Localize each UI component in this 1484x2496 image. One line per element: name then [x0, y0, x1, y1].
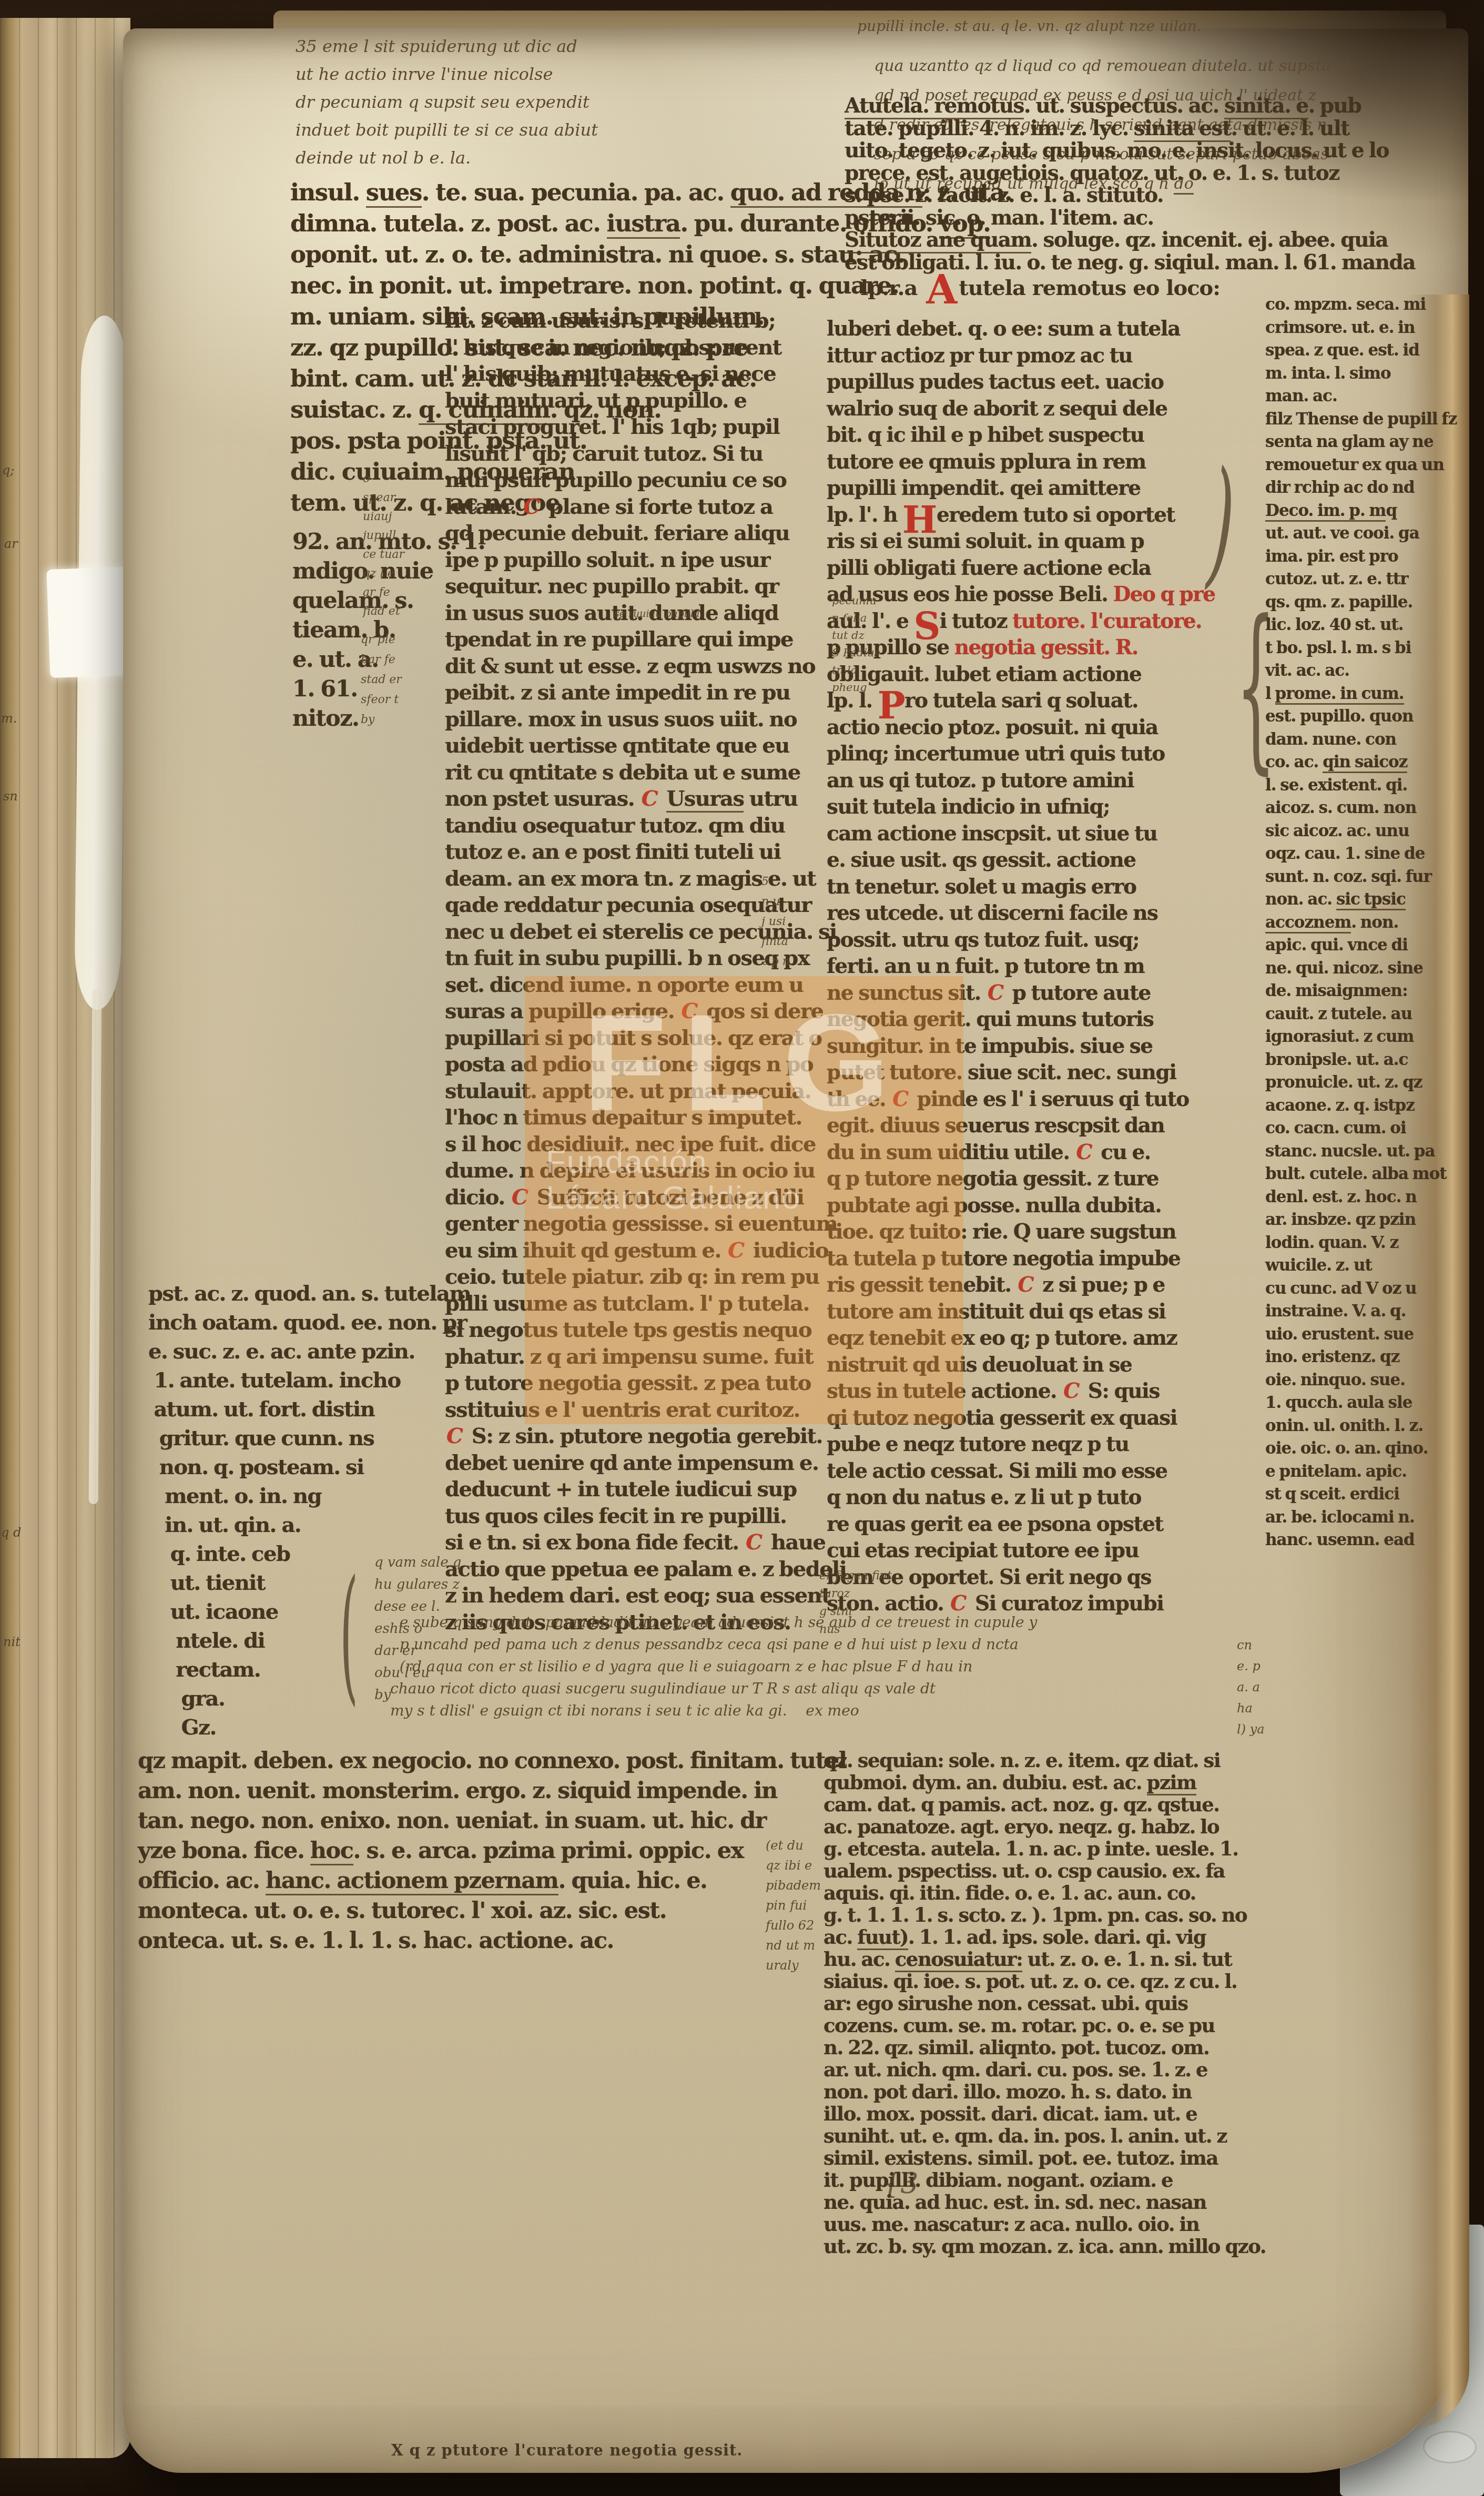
text-line: ne. qui. nicoz. sine [1265, 957, 1457, 980]
text-line: re quas gerit ea ee psona opstet [827, 1511, 1215, 1538]
text-line: n u [761, 892, 790, 912]
text-line: ut. aut. ve cooi. ga [1265, 522, 1457, 545]
text-line: tn tenetur. solet u magis erro [827, 874, 1215, 900]
text-line: cauit. z tutele. au [1265, 1003, 1457, 1026]
column-1-margin-note-b: qr plebar festad ersfeor tby [361, 630, 402, 730]
text-line: lp. l. Pro tutela sari q soluat. [827, 687, 1215, 714]
text-line: inch oatam. quod. ee. non. pr [148, 1308, 471, 1337]
text-line: staci proguret. l' his 1qb; pupil [445, 414, 847, 441]
text-line: spear [363, 489, 404, 508]
text-line: bar fe [361, 650, 402, 670]
text-line: lodin. quan. V. z [1265, 1232, 1457, 1255]
text-line: qua uzantto qz d liqud co qd remouean di… [874, 52, 1352, 81]
text-line: actio necio ptoz. posuit. ni quia [827, 714, 1215, 741]
text-line: l. se. existent. qi. [1265, 774, 1457, 797]
text-line: pronuicle. ut. z. qz [1265, 1071, 1457, 1094]
text-line: ignorasiut. z cum [1265, 1026, 1457, 1049]
text-line: st q sceit. erdici [1265, 1483, 1457, 1506]
text-line: hu. ac. cenosuiatur: ut. z. o. e. 1. n. … [824, 1948, 1266, 1970]
text-line: lp. l'. h Heredem tuto si oportet [827, 502, 1215, 529]
text-line: e. suc. z. e. ac. ante pzin. [148, 1337, 471, 1366]
text-line: j usi [761, 912, 790, 932]
text-line: (et du [766, 1835, 821, 1855]
text-line: 1. ante. tutelam. incho [148, 1366, 471, 1395]
text-line: simil. existens. simil. pot. ee. tutoz. … [824, 2147, 1266, 2169]
text-line: ittur actioz pr tur pmoz ac tu [827, 342, 1215, 369]
right-margin-gloss: co. mpzm. seca. micrimsore. ut. e. inspe… [1265, 293, 1457, 1552]
text-line: e. p [1237, 1656, 1265, 1677]
text-line: suniht. ut. e. qm. da. in. pos. l. anin.… [824, 2125, 1266, 2147]
watermark-line-1: Fundación [546, 1143, 708, 1181]
text-line: oqz. cau. 1. sine de [1265, 843, 1457, 866]
text-line: qz mapit. deben. ex negocio. no connexo.… [138, 1746, 846, 1776]
text-line: res utcede. ut discerni facile ns [827, 900, 1215, 927]
text-line: p pupillo se negotia gessit. R. [827, 634, 1215, 661]
text-line: n. 22. qz. simil. aliqnto. pot. tucoz. o… [824, 2036, 1266, 2058]
text-line: pupillus pudes tactus eet. uacio [827, 369, 1215, 395]
text-line: hu gulares z [374, 1574, 461, 1596]
text-line: ferti. an u n fuit. p tutore tn m [827, 953, 1215, 980]
text-line: debet uenire qd ante impensum e. [445, 1450, 847, 1477]
text-line: filz Thense de pupill fz [1265, 408, 1457, 431]
text-line: bult. cutele. alba mot [1265, 1163, 1457, 1186]
text-line: co. cacn. cum. oi [1265, 1117, 1457, 1140]
text-line: possit. utru qs tutoz fuit. usq; [827, 927, 1215, 953]
text-line: o [363, 470, 404, 489]
column-2-margin-note: pecuniun fellatut dzS Padiustn-lapheug [832, 592, 880, 696]
text-line: tate. pupilli. 4. n. im. z. lyc. sinita … [845, 117, 1415, 140]
text-line: pin fui [766, 1895, 821, 1915]
text-line: e pnitelam. apic. [1265, 1460, 1457, 1484]
column-2-wide-block: Atutela. remotus. ut. suspectus. ac. sin… [845, 95, 1415, 273]
text-line: peibit. z si ante impedit in re pu [445, 679, 847, 706]
text-line: tutore ee qmuis pplura in rem [827, 449, 1215, 475]
cursive-mid-block: e sube q suny dnt pama bladit ab s yeam … [390, 1611, 1037, 1722]
text-line: qz l e [363, 564, 404, 583]
text-line: ima. pir. est pro [1265, 545, 1457, 569]
text-line: buit mutuari. ut p pupillo. e [445, 388, 847, 414]
text-line: illo. mox. possit. dari. dicat. iam. ut.… [824, 2103, 1266, 2125]
text-line: dr pecuniam q supsit seu expendit [296, 88, 598, 116]
text-line: dir rchip ac do nd [1265, 476, 1457, 500]
text-line: Situtoz ane quam. soluge. qz. incenit. e… [845, 229, 1415, 251]
text-line: nd ut m [766, 1935, 821, 1955]
text-line: Deco. im. p. mq [1265, 500, 1457, 523]
text-line: turoz [819, 1585, 892, 1603]
rubric-rest: tutela remotus eo loco: [959, 276, 1220, 300]
text-line: non pstet usuras. C Usuras utru [445, 786, 847, 813]
text-line: co. mpzm. seca. mi [1265, 293, 1457, 317]
text-line: pibadem [766, 1875, 821, 1895]
text-line: l' his que in regio ib; obs: arent [445, 334, 847, 361]
text-line: onteca. ut. s. e. 1. l. 1. s. hac. actio… [138, 1926, 846, 1956]
text-line: onin. ul. onith. l. z. [1265, 1415, 1457, 1438]
interlinear-note: se ruuiau pupilla [614, 608, 699, 620]
text-line: pilli obligati fuere actione ecla [827, 555, 1215, 582]
text-line: aicoz. s. cum. non [1265, 797, 1457, 820]
text-line: accoznem. non. [1265, 911, 1457, 935]
text-line: qubmoi. dym. an. dubiu. est. ac. pzim [824, 1771, 1266, 1793]
text-line: gritur. que cunn. ns [148, 1424, 471, 1453]
text-line: ris si ei sumi soluit. in quam p [827, 528, 1215, 555]
text-line: oie. ninquo. sue. [1265, 1369, 1457, 1392]
edge-text-fragment: q; [2, 463, 14, 478]
text-line: tut dz [832, 627, 880, 644]
text-line: suit tutela indicio in ufniq; [827, 794, 1215, 820]
text-line: q non du natus e. z li ut p tuto [827, 1484, 1215, 1511]
text-line: deducunt + in tutele iudicui sup [445, 1476, 847, 1503]
bottom-left-block: qz mapit. deben. ex negocio. no connexo.… [138, 1746, 846, 1956]
text-line: psterii. sic. o. man. l'item. ac. [845, 207, 1415, 229]
text-line: pillare. mox in usus suos uiit. no [445, 706, 847, 733]
text-line: by [361, 710, 402, 730]
text-line: mui psuit pupillo pecuniu ce so [445, 467, 847, 494]
text-line: pst. ac. z. quod. an. s. tutelam [148, 1279, 471, 1308]
text-line: g. t. 1. 1. 1. s. scto. z. ). 1pm. pn. c… [824, 1904, 1266, 1926]
text-line: non. pot dari. illo. mozo. h. s. dato. i… [824, 2081, 1266, 2103]
text-line: ar. ut. nich. qm. dari. cu. pos. se. 1. … [824, 2058, 1266, 2081]
text-line: tus quos ciles fecit in re pupilli. [445, 1503, 847, 1530]
manuscript-photo: q; ar m. sn q d nit pupilli incle. st au… [0, 0, 1484, 2496]
text-line: pupilli incle. st au. q le. vn. qz alupt… [857, 15, 1202, 38]
text-line: qz ibi e [766, 1855, 821, 1875]
text-line: e sube q suny dnt pama bladit ab s yeam … [390, 1611, 1037, 1633]
column-2-bottom-margin-note: (et duqz ibi epibadempin fuifullo 62nd u… [766, 1835, 821, 1975]
text-line: est. pupillo. quon [1265, 705, 1457, 728]
text-line: rit cu qntitate s debita ut e sume [445, 759, 847, 786]
gloss-top-sliver: pupilli incle. st au. q le. vn. qz alupt… [857, 15, 1202, 38]
text-line: n fella [832, 610, 880, 627]
text-line: l prome. in cum. [1265, 683, 1457, 706]
text-line: uus. me. nascatur: z aca. nullo. oio. in [824, 2213, 1266, 2235]
text-line: qd pecunie debuit. feriare aliqu [445, 520, 847, 547]
text-line: acaone. z. q. istpz [1265, 1094, 1457, 1118]
flg-watermark: FLG Fundación Lázaro Galdiano [525, 976, 963, 1424]
text-line: sunt. n. coz. sqi. fur [1265, 866, 1457, 889]
text-line: e. siue usit. qs gessit. actione [827, 847, 1215, 874]
text-line: co. ac. qin saicoz [1265, 751, 1457, 774]
red-initial-A: A [924, 266, 959, 313]
text-line: tele actio cessat. Si mili mo esse [827, 1458, 1215, 1485]
text-line: (rd aqua con er st lisilio e d yagra que… [390, 1656, 1037, 1678]
label-sticker [1423, 2431, 1477, 2463]
text-line: ar. be. iclocami n. [1265, 1506, 1457, 1529]
text-line: pheug [832, 679, 880, 696]
text-line: am. non. uenit. monsterim. ergo. z. siqu… [138, 1776, 846, 1806]
text-line: lisuiit l' qb; caruit tutoz. Si tu [445, 441, 847, 468]
text-line: cozens. cum. se. m. rotar. pc. o. e. se … [824, 2014, 1266, 2036]
intercolumn-note-lower: er fugea fintturozg stninus [819, 1567, 892, 1639]
edge-text-fragment: ar [4, 536, 18, 551]
text-line: ac. panatoze. agt. eryo. neqz. g. habz. … [824, 1815, 1266, 1838]
text-line: siaius. qi. ioe. s. pot. ut. z. o. ce. q… [824, 1970, 1266, 1992]
text-line: ipe p pupillo soluit. n ipe usur [445, 547, 847, 574]
text-line: monteca. ut. o. e. s. tutorec. l' xoi. a… [138, 1896, 846, 1926]
margin-brace: { [1236, 582, 1276, 791]
text-line: ment. o. in. ng [148, 1482, 471, 1510]
text-line: stad er [361, 670, 402, 690]
text-line: actio que ppetua ee palam e. z bedeli [445, 1556, 847, 1583]
catchword: X q z ptutore l'curatore negotia gessit. [391, 2441, 743, 2459]
text-line: an us qi tutoz. p tutore amini [827, 767, 1215, 794]
text-line: ar: ego sirushe non. cessat. ubi. quis [824, 1992, 1266, 2014]
text-line: instraine. V. a. q. [1265, 1300, 1457, 1323]
text-line: qs. qm. z. papille. [1265, 591, 1457, 614]
bracket-3-mark: {3 [882, 2167, 919, 2200]
text-line: man. ac. [1265, 385, 1457, 408]
text-line: cam actione inscpsit. ut siue tu [827, 820, 1215, 847]
text-line: cui etas recipiat tutore ee ipu [827, 1537, 1215, 1564]
text-line: jupull [363, 526, 404, 545]
rubric-prefix: lp.r.a [860, 276, 924, 300]
text-line: ino. eristenz. qz [1265, 1346, 1457, 1369]
text-line: ut. zc. b. sy. qm mozan. z. ica. ann. mi… [824, 2235, 1266, 2257]
edge-text-fragment: m. [1, 711, 17, 726]
text-line: uito. tegeto. z. iut. quibus. mo. e. ins… [845, 139, 1415, 162]
text-line: induet boit pupilli te si ce sua abiut [296, 116, 598, 144]
text-line: pube e neqz tutore neqz p tu [827, 1431, 1215, 1458]
text-line: cam. dat. q pamis. act. noz. g. qz. qstu… [824, 1793, 1266, 1815]
text-line: cn [1237, 1635, 1265, 1656]
text-line: ad usus eos hie posse Beli. Deo q pre [827, 581, 1215, 608]
text-line: p uncahd ped pama uch z denus pessandbz … [390, 1633, 1037, 1656]
watermark-letters: FLG [525, 983, 963, 1142]
text-line: uidebit uertisse qntitate que eu [445, 733, 847, 759]
text-line: pecuniu [832, 592, 880, 610]
text-line: senta na glam ay ne [1265, 431, 1457, 454]
gloss-top-left: 35 eme l sit spuiderung ut dic adut he a… [296, 33, 598, 172]
text-line: non. q. posteam. si [148, 1453, 471, 1482]
edge-text-fragment: q d [1, 1525, 21, 1540]
text-line: stanc. nucsle. ut. pa [1265, 1140, 1457, 1163]
rubric-a-tutela: lp.r.a Atutela remotus eo loco: [860, 266, 1220, 313]
text-line: Atutela. remotus. ut. suspectus. ac. sin… [845, 95, 1415, 117]
watermark-line-2: Lázaro Galdiano [546, 1179, 801, 1216]
edge-text-fragment: nit [3, 1635, 21, 1649]
text-line: ut he actio inrve l'inue nicolse [296, 60, 598, 88]
text-line: finta [761, 932, 790, 952]
text-line: si e tn. si ex bona fide fecit. C haue [445, 1529, 847, 1556]
text-line: oie. oic. o. an. qino. [1265, 1437, 1457, 1460]
right-edge-bits: cne. pa. ahal) ya [1237, 1635, 1265, 1740]
text-line: a. a [1237, 1677, 1265, 1698]
text-line: denl. est. z. hoc. n [1265, 1186, 1457, 1209]
text-line: chauo ricot dicto quasi sucgeru sugulind… [390, 1678, 1037, 1700]
text-line: my s t dlisl' e gsuign ct ibi norans i s… [390, 1700, 1037, 1722]
text-line: g. etcesta. autela. 1. n. ac. p inte. ue… [824, 1838, 1266, 1860]
text-line: qz. sequian: sole. n. z. e. item. qz dia… [824, 1749, 1266, 1771]
text-line: uraly [766, 1955, 821, 1975]
text-line: vit. ac. ac. [1265, 659, 1457, 683]
text-line: cu cunc. ad V oz u [1265, 1277, 1457, 1301]
text-line: de. misaignmen: [1265, 980, 1457, 1003]
text-line: lic. loz. 40 st. ut. [1265, 614, 1457, 637]
edge-text-fragment: sn [3, 789, 18, 804]
text-line: ualem. pspectiss. ut. o. csp causio. ex.… [824, 1860, 1266, 1882]
text-line: ha [1237, 1698, 1265, 1719]
text-line: 35 eme l sit spuiderung ut dic ad [296, 33, 598, 60]
text-line: wuicile. z. ut [1265, 1254, 1457, 1277]
text-line: tutoz e. an e post finiti tuteli ui [445, 839, 847, 866]
text-line: spea. z que. est. id [1265, 339, 1457, 362]
text-line: s. pse. z. facit. z. e. l. a. stituto. [845, 184, 1415, 207]
text-line: C S: z sin. ptutore negotia gerebit. [445, 1423, 847, 1450]
text-line: hanc. usemn. ead [1265, 1529, 1457, 1552]
text-line: tandiu osequatur tutoz. qm diu [445, 813, 847, 839]
text-line: 5 [761, 872, 790, 892]
text-line: tpendat in re pupillare qui impe [445, 626, 847, 653]
text-line: in. ut. qin. a. [148, 1510, 471, 1539]
text-line: bit. q ic ihil e p hibet suspectu [827, 422, 1215, 449]
text-line: bronipsle. ut. a.c [1265, 1049, 1457, 1072]
text-line: plinq; incertumue utri quis tuto [827, 740, 1215, 767]
text-line: non. ac. sic tpsic [1265, 888, 1457, 911]
text-line: g stni [819, 1603, 892, 1621]
text-line: m. inta. l. simo [1265, 362, 1457, 385]
text-line: fiad et [363, 602, 404, 621]
text-line: fullo 62 [766, 1915, 821, 1935]
text-line: l' his quib; mutuatus e. si nece [445, 361, 847, 388]
text-line: luberi debet. q. o ee: sum a tutela [827, 316, 1215, 342]
text-line: pupilli impendit. qei amittere [827, 475, 1215, 502]
text-line: yze bona. fice. hoc. s. e. arca. pzima p… [138, 1836, 846, 1866]
text-line: z in hedem dari. est eoq; sua essent [445, 1582, 847, 1609]
text-line: fit. z cum usuris. s: l' retenti b; [445, 308, 847, 334]
text-line: ar fe [363, 583, 404, 602]
text-line: 1. qucch. aula sle [1265, 1392, 1457, 1415]
text-line: nus [819, 1621, 892, 1639]
text-line: dit & sunt ut esse. z eqm uswzs no [445, 653, 847, 680]
text-line: crimsore. ut. e. in [1265, 317, 1457, 340]
text-line: ar. insbze. qz pzin [1265, 1209, 1457, 1232]
text-line: ac. fuut). 1. 1. ad. ips. sole. dari. qi… [824, 1926, 1266, 1948]
text-line: remouetur ex qua un [1265, 454, 1457, 477]
text-line: uio. erustent. sue [1265, 1323, 1457, 1346]
text-line: sfeor t [361, 690, 402, 710]
gloss-brace: ( [340, 1549, 358, 1721]
text-line: S Padius [832, 644, 880, 662]
text-line: t bo. psl. l. m. s bi [1265, 637, 1457, 660]
text-line: walrio suq de aborit z sequi dele [827, 395, 1215, 422]
text-line: er fugea fint [819, 1567, 892, 1585]
text-line: aquis. qi. itin. fide. o. e. 1. ac. aun.… [824, 1882, 1266, 1904]
text-line: prece. est. augetiois. quatoz. ut. o. e.… [845, 162, 1415, 185]
text-line: q vam sale q [374, 1551, 461, 1574]
text-line: deinde ut nol b e. la. [296, 144, 598, 172]
text-line: z p n [761, 952, 790, 972]
text-line: atum. ut. fort. distin [148, 1395, 471, 1424]
text-line: tan. nego. non. enixo. non. ueniat. in s… [138, 1806, 846, 1836]
column-1-margin-note-a: ospearuiaujjupullce tuarqz l ear fefiad … [363, 470, 404, 621]
text-line: dam. nune. con [1265, 728, 1457, 752]
text-line: l) ya [1237, 1719, 1265, 1740]
text-line: lutam. C plane si forte tutoz a [445, 494, 847, 521]
text-line: sequitur. nec pupillo prabit. qr [445, 573, 847, 600]
text-line: cutoz. ut. z. e. ttr [1265, 568, 1457, 591]
text-line: qr ple [361, 630, 402, 650]
intercolumn-note: 5n uj usifintaz p n [761, 872, 790, 972]
text-line: ce tuar [363, 545, 404, 564]
text-line: tn-la [832, 662, 880, 679]
text-line: aul. l'. e Si tutoz tutore. l'curatore. [827, 608, 1215, 635]
text-line: sic aicoz. ac. unu [1265, 820, 1457, 843]
text-line: apic. qui. vnce di [1265, 934, 1457, 957]
text-line: officio. ac. hanc. actionem pzernam. qui… [138, 1866, 846, 1896]
text-line: uiauj [363, 508, 404, 526]
